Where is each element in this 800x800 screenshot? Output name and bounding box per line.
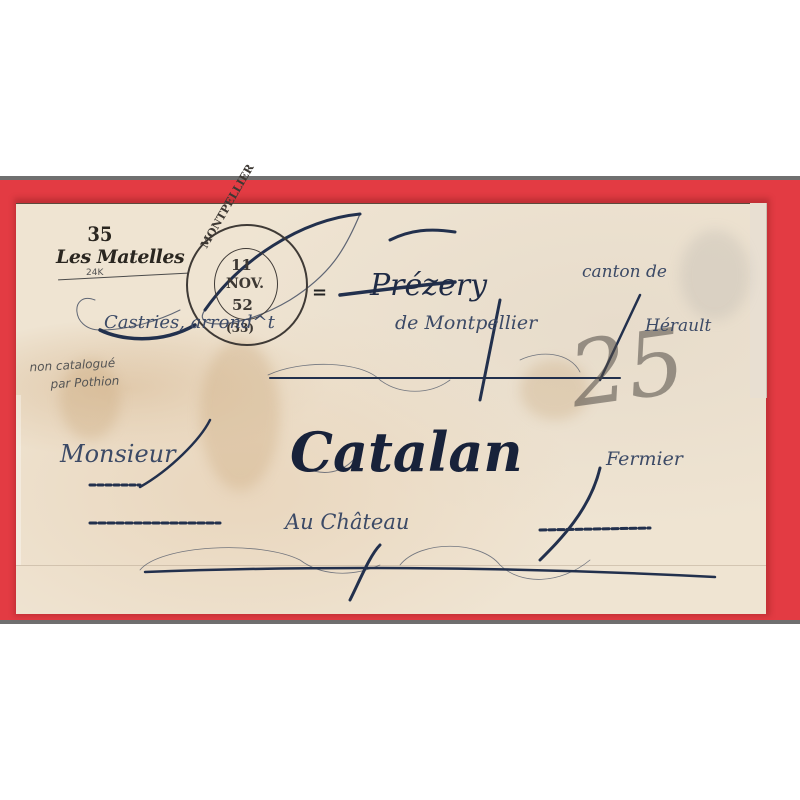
postmark-month: NOV. [226, 276, 264, 292]
postmark-day: 11 [231, 256, 252, 274]
pencil-note: non catalogué par Pothion [29, 354, 120, 395]
address-name: Catalan [290, 420, 523, 484]
address-locality: Prézery [370, 268, 487, 303]
address-occupation: Fermier [606, 448, 683, 470]
address-castries: Castries, arrond^t [104, 312, 275, 333]
address-place: Au Château [285, 510, 409, 534]
origin-handstamp-town: Les Matelles [56, 246, 184, 268]
address-department: Hérault [645, 316, 711, 336]
address-salutation: Monsieur [60, 440, 176, 468]
address-montpellier: de Montpellier [395, 312, 537, 334]
separator-mark: = [312, 282, 327, 303]
origin-handstamp-number: 35 [87, 222, 112, 246]
address-canton: canton de [582, 262, 667, 282]
